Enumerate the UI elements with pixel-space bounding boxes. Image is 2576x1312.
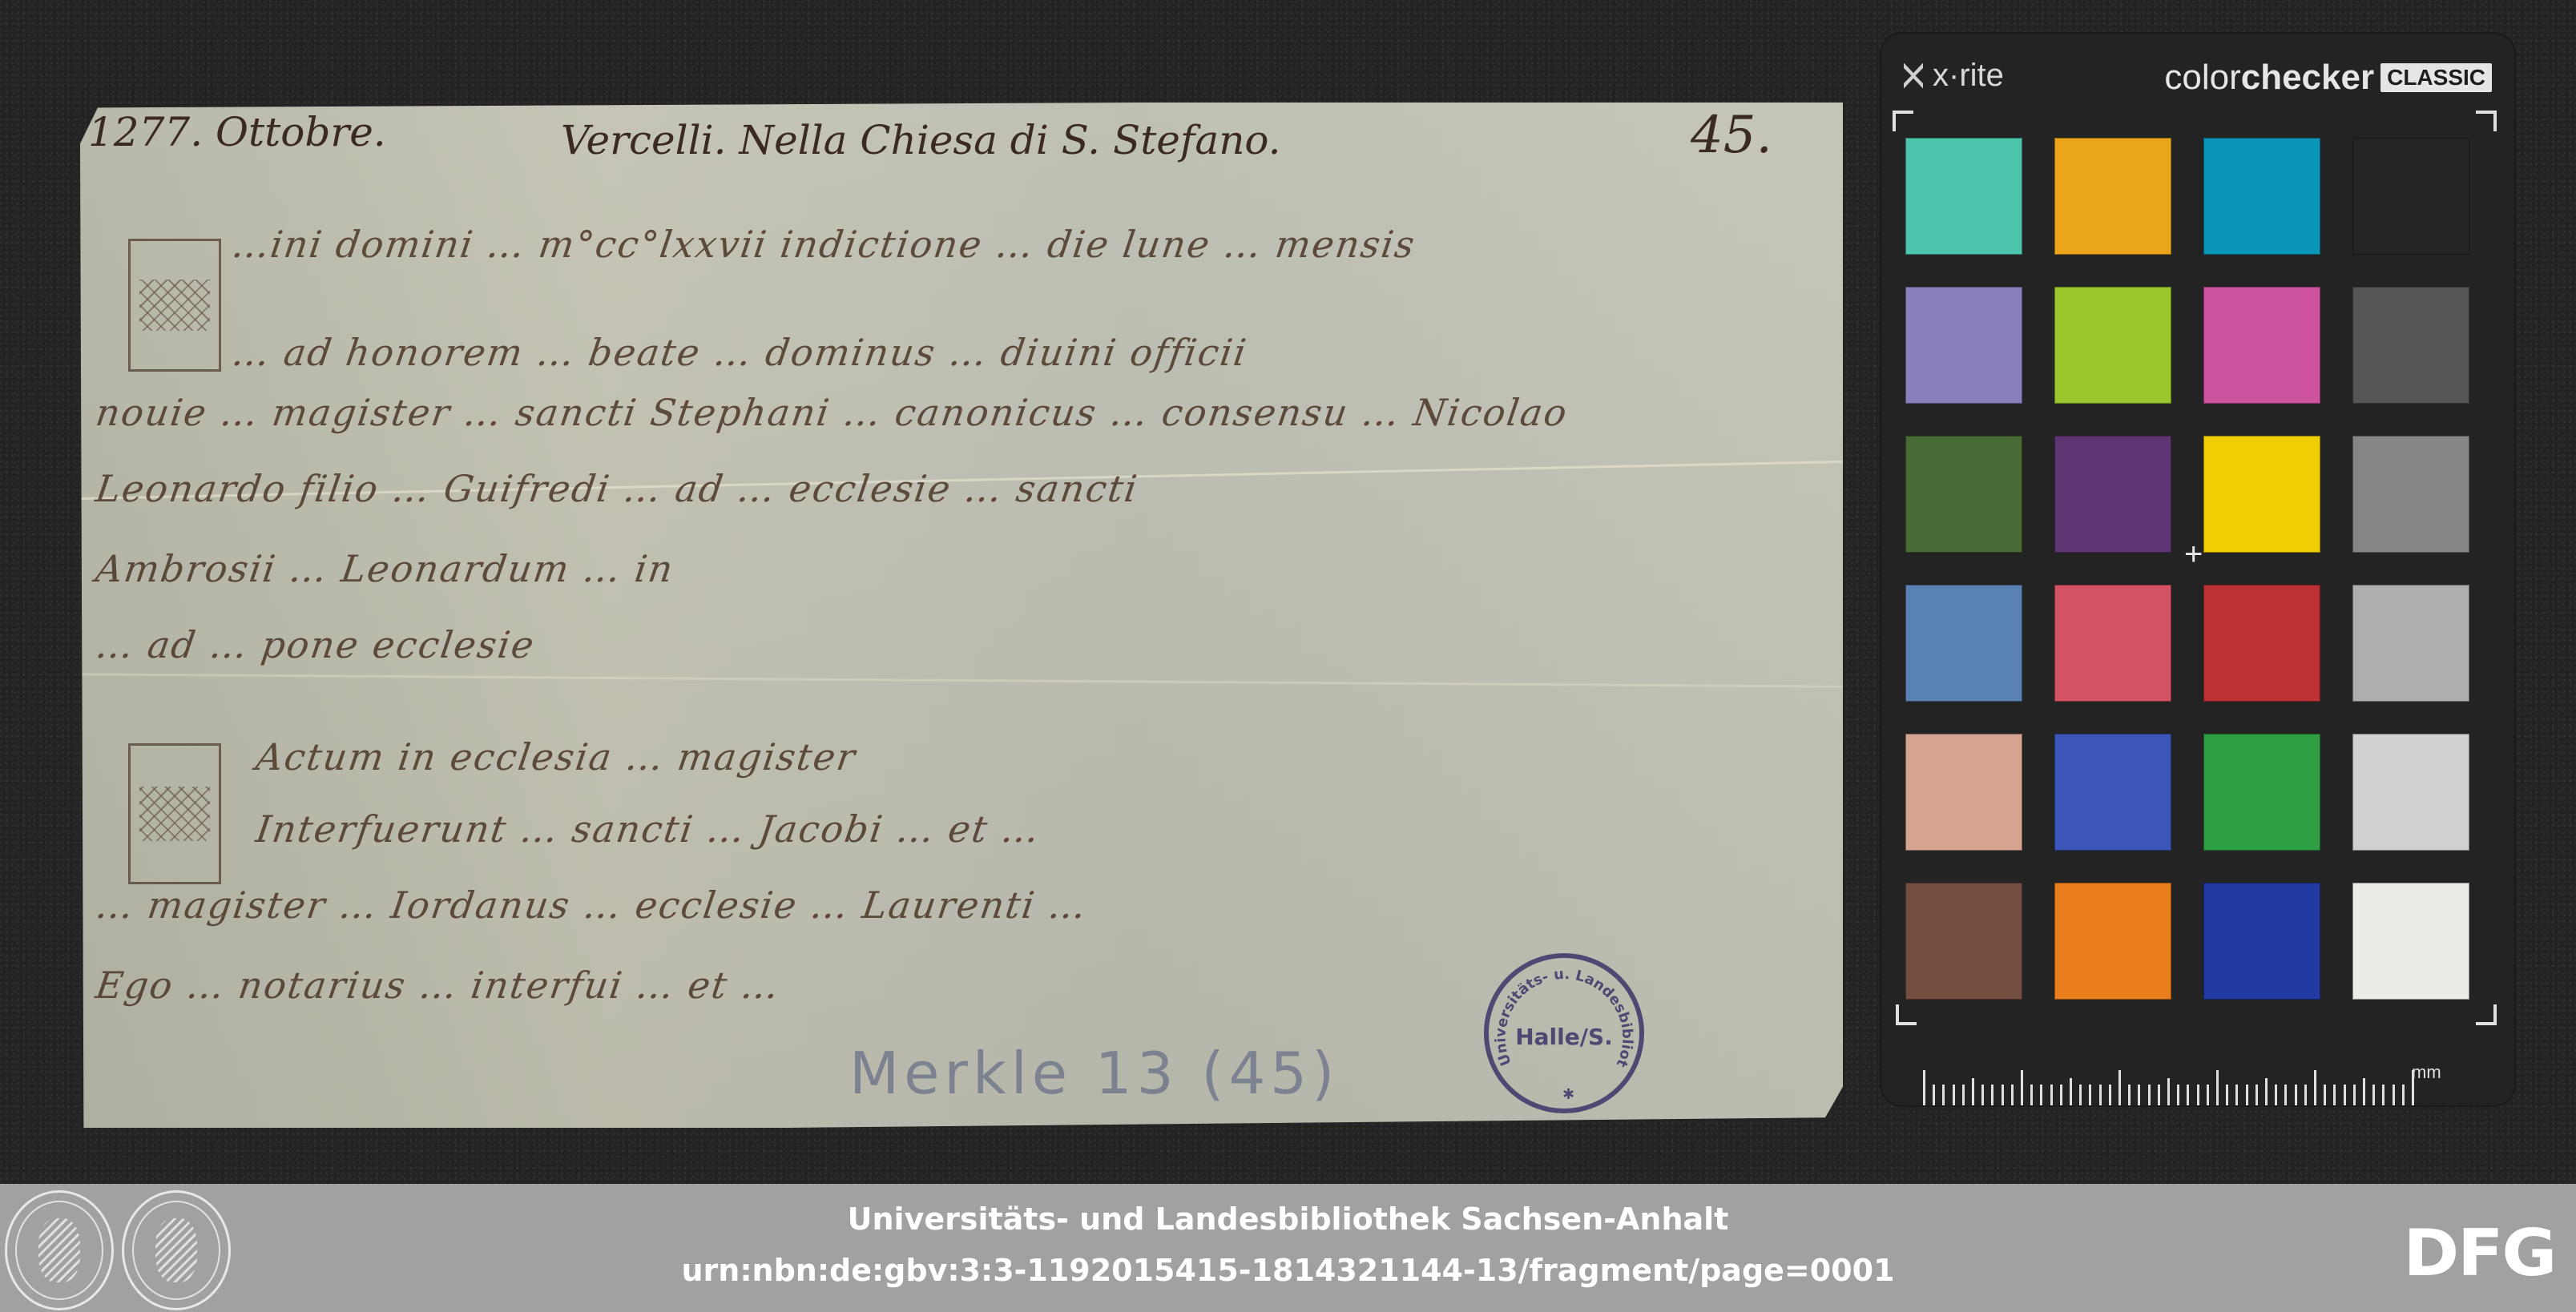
ruler-tick <box>2226 1085 2228 1105</box>
ruler-tick <box>2295 1085 2297 1105</box>
swatch-orange-yellow <box>2054 138 2171 255</box>
ruler-tick <box>2402 1085 2405 1105</box>
ruler-tick <box>2030 1085 2033 1105</box>
charter-line: Ego … notarius … interfui … et … <box>93 964 783 1007</box>
corner-mark-icon <box>1896 1004 1917 1025</box>
library-stamp: Universitäts- u. Landesbibliothek Halle/… <box>1484 953 1644 1113</box>
colorchecker-brand: colorchecker CLASSIC <box>2164 58 2492 98</box>
swatch-green <box>2203 734 2320 851</box>
swatch-bluish-green <box>1905 138 2022 255</box>
swatch-blue-sky <box>1905 585 2022 702</box>
mm-ruler <box>1923 1070 2420 1105</box>
urn-identifier[interactable]: urn:nbn:de:gbv:3:3-1192015415-1814321144… <box>0 1253 2576 1288</box>
brand-light: color <box>2164 58 2240 97</box>
ruler-unit-label: mm <box>2412 1062 2441 1083</box>
swatch-neutral-6.5 <box>2352 585 2469 702</box>
xrite-wordmark: x·rite <box>1933 58 2004 94</box>
ruler-tick <box>2235 1085 2238 1105</box>
charter-line: Leonardo filio … Guifredi … ad … ecclesi… <box>93 467 1141 510</box>
dfg-logo: DFG <box>2403 1216 2555 1290</box>
star-icon: ✱ <box>1562 1086 1574 1103</box>
ruler-tick <box>2089 1085 2091 1105</box>
ruler-tick <box>2246 1085 2248 1105</box>
ruler-tick <box>2324 1085 2326 1105</box>
colorchecker-card: x·rite colorchecker CLASSIC + mm <box>1881 34 2514 1105</box>
ruler-tick <box>2284 1085 2287 1105</box>
ruler-tick <box>2158 1085 2160 1105</box>
swatch-red <box>2203 585 2320 702</box>
ruler-tick <box>2040 1085 2042 1105</box>
swatch-neutral-3.5 <box>2352 287 2469 404</box>
ruler-tick <box>2304 1085 2307 1105</box>
scan-area: 1277. Ottobre. Vercelli. Nella Chiesa di… <box>0 0 2576 1184</box>
ruler-tick <box>1942 1085 1945 1105</box>
swatch-purplish-blue <box>1905 287 2022 404</box>
swatch-magenta <box>2203 287 2320 404</box>
ruler-tick <box>2128 1085 2131 1105</box>
ruler-tick <box>2099 1085 2102 1105</box>
archival-date-note: 1277. Ottobre. <box>88 109 386 155</box>
ruler-tick <box>1981 1085 1984 1105</box>
charter-line: …ini domini … m°cc°lxxvii indictione … d… <box>229 223 1418 266</box>
ruler-tick <box>2265 1078 2268 1105</box>
xrite-logo-icon <box>1901 60 1926 92</box>
swatch-light-skin <box>1905 734 2022 851</box>
ruler-tick <box>2207 1085 2209 1105</box>
ruler-tick <box>2216 1070 2219 1105</box>
notary-signum-icon <box>128 239 221 372</box>
ruler-tick <box>2275 1085 2277 1105</box>
ruler-tick <box>2148 1085 2151 1105</box>
ruler-tick <box>2382 1085 2385 1105</box>
corner-mark-icon <box>2476 1004 2497 1025</box>
charter-line: Interfuerunt … sancti … Jacobi … et … <box>253 807 1043 851</box>
ruler-tick <box>2011 1085 2014 1105</box>
charter-line: … ad … pone ecclesie <box>93 623 538 666</box>
ruler-tick <box>2167 1078 2170 1105</box>
brand-bold: checker <box>2241 58 2374 97</box>
ruler-tick <box>2177 1085 2179 1105</box>
crosshair-icon: + <box>2184 538 2203 570</box>
swatch-black <box>2352 138 2469 255</box>
notary-signum-icon <box>128 743 221 884</box>
ruler-tick <box>2138 1085 2140 1105</box>
archival-number: 45. <box>1691 106 1772 165</box>
ruler-tick <box>1962 1085 1965 1105</box>
svg-text:Universitäts- u. Landesbibliot: Universitäts- u. Landesbibliothek <box>1489 958 1636 1070</box>
swatch-neutral-5 <box>2352 436 2469 553</box>
ruler-tick <box>2187 1085 2189 1105</box>
charter-line: Actum in ecclesia … magister <box>253 735 859 779</box>
corner-mark-icon <box>2476 111 2497 131</box>
swatch-neutral-8 <box>2352 734 2469 851</box>
charter-line: Ambrosii … Leonardum … in <box>93 547 677 590</box>
ruler-tick <box>1923 1070 1925 1105</box>
ruler-tick <box>2314 1070 2316 1105</box>
ruler-tick <box>2363 1078 2365 1105</box>
swatch-blue-primary <box>2203 883 2320 1000</box>
ruler-tick <box>2393 1085 2395 1105</box>
archival-place-note: Vercelli. Nella Chiesa di S. Stefano. <box>561 117 1281 163</box>
ruler-tick <box>2197 1085 2199 1105</box>
classic-badge: CLASSIC <box>2380 63 2492 92</box>
swatch-purple <box>2054 436 2171 553</box>
ruler-tick <box>2109 1085 2111 1105</box>
swatch-yellow-green <box>2054 287 2171 404</box>
swatch-moderate-red <box>2054 585 2171 702</box>
swatch-yellow <box>2203 436 2320 553</box>
ruler-tick <box>2344 1085 2346 1105</box>
stamp-center-text: Halle/S. <box>1489 1024 1639 1050</box>
footer-bar: Universitäts- und Landesbibliothek Sachs… <box>0 1184 2576 1312</box>
ruler-tick <box>2021 1070 2023 1105</box>
institution-name: Universitäts- und Landesbibliothek Sachs… <box>0 1201 2576 1237</box>
ruler-tick <box>2002 1085 2004 1105</box>
ruler-tick <box>1972 1078 1974 1105</box>
swatch-cyan <box>2203 138 2320 255</box>
ruler-tick <box>2118 1070 2121 1105</box>
swatch-blue <box>2054 734 2171 851</box>
ruler-tick <box>2353 1085 2356 1105</box>
swatch-foliage <box>1905 436 2022 553</box>
charter-line: … ad honorem … beate … dominus … diuini … <box>229 331 1250 374</box>
ruler-tick <box>1953 1085 1955 1105</box>
pencil-shelfmark: Merkle 13 (45) <box>849 1040 1339 1107</box>
ruler-tick <box>2060 1085 2062 1105</box>
swatch-white <box>2352 883 2469 1000</box>
ruler-tick <box>2256 1085 2258 1105</box>
ruler-tick <box>2050 1085 2053 1105</box>
ruler-tick <box>2372 1085 2375 1105</box>
ruler-tick <box>2070 1078 2072 1105</box>
swatch-orange <box>2054 883 2171 1000</box>
ruler-tick <box>1933 1085 1935 1105</box>
fold-line <box>80 673 1843 687</box>
corner-mark-icon <box>1893 111 1913 131</box>
charter-line: … magister … Iordanus … ecclesie … Laure… <box>93 883 1090 927</box>
xrite-brand: x·rite <box>1901 58 2004 94</box>
charter-line: nouie … magister … sancti Stephani … can… <box>93 391 1570 434</box>
swatch-dark-skin <box>1905 883 2022 1000</box>
ruler-tick <box>1991 1085 1993 1105</box>
ruler-tick <box>2333 1085 2336 1105</box>
ruler-tick <box>2079 1085 2082 1105</box>
